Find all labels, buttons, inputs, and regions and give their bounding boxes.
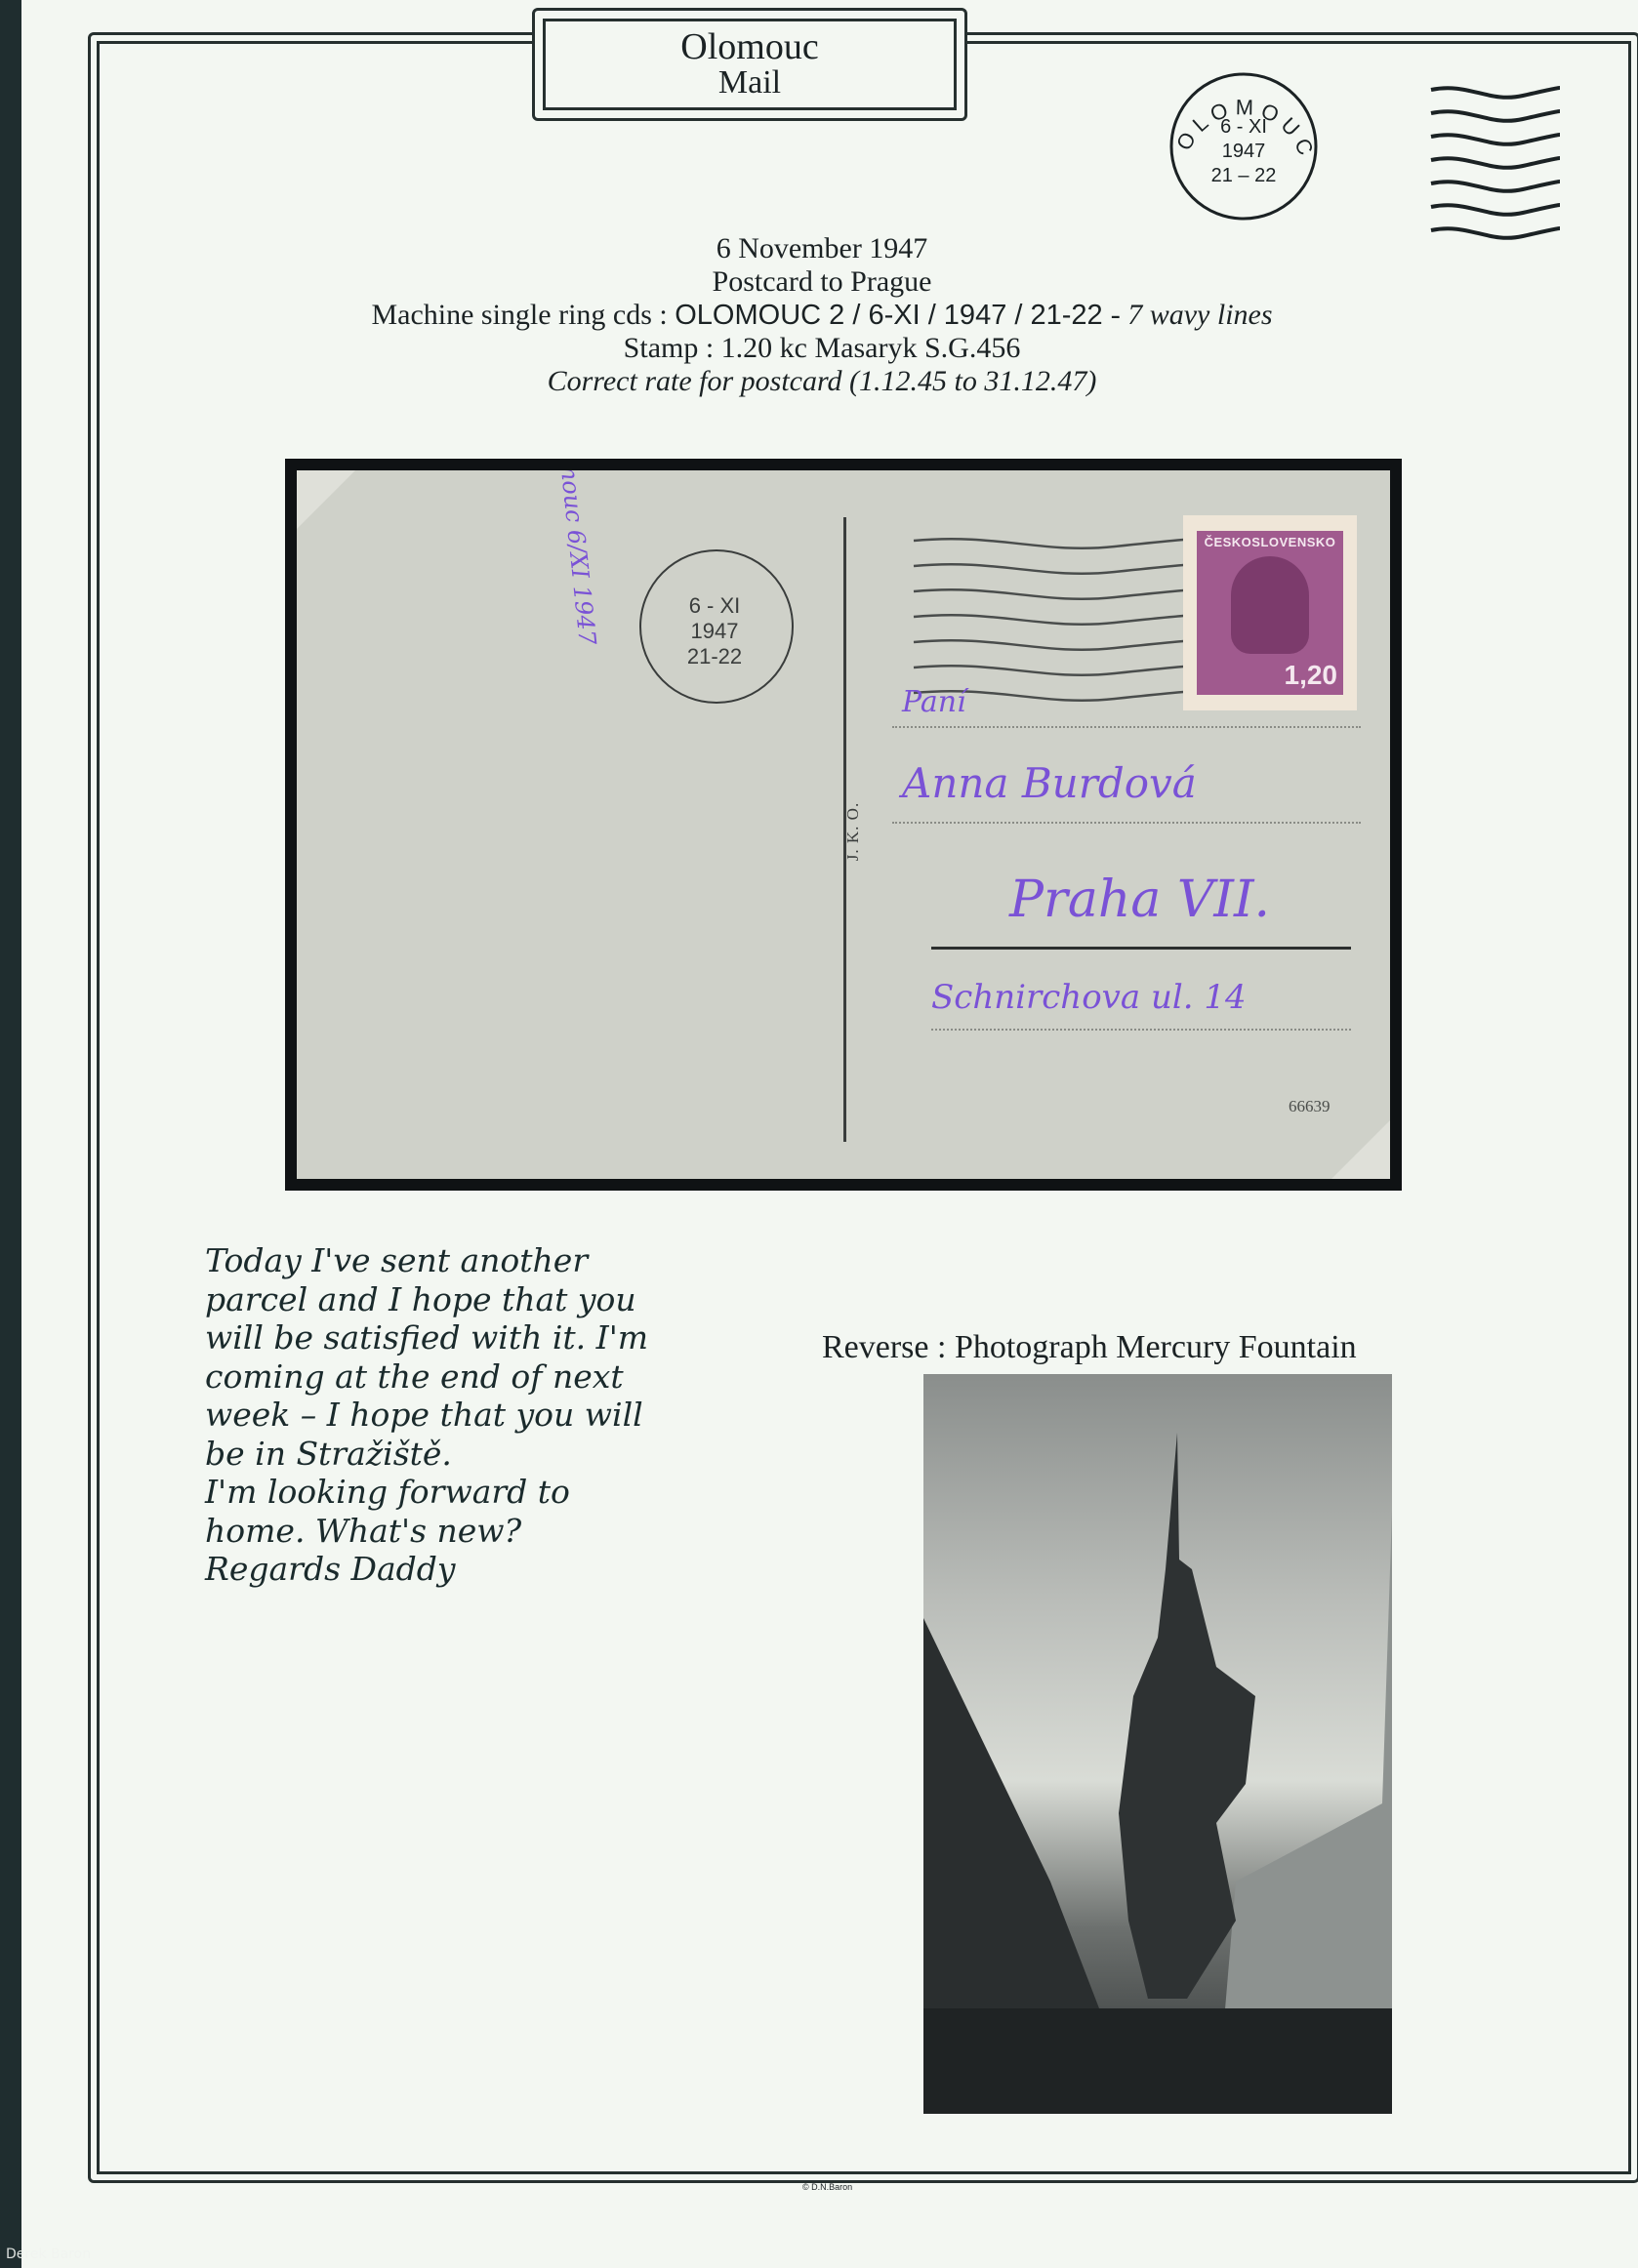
rate-note: Correct rate for postcard (1.12.45 to 31… — [168, 365, 1476, 398]
svg-text:1947: 1947 — [691, 619, 739, 643]
card-number: 66639 — [1289, 1097, 1331, 1116]
title-box: Olomouc Mail — [532, 8, 967, 121]
postmark-icon: 6 - XI 1947 21-22 — [629, 539, 804, 714]
album-page: Olomouc Mail O L O M O U C 2 6 - XI 1947… — [21, 0, 1638, 2268]
svg-text:6 - XI: 6 - XI — [689, 593, 741, 618]
svg-text:21-22: 21-22 — [687, 644, 742, 668]
postcard-image: J. K. O. 6 - XI 1947 21-22 ČESKOSLOVENSK… — [285, 459, 1402, 1191]
svg-text:21 – 22: 21 – 22 — [1211, 165, 1277, 186]
svg-text:6 - XI: 6 - XI — [1220, 116, 1267, 138]
cover-date: 6 November 1947 — [168, 232, 1476, 265]
watermark: Derek Baron — [6, 2247, 91, 2262]
address-line: Schnirchova ul. 14 — [931, 978, 1247, 1017]
address-rule — [931, 1029, 1351, 1031]
copyright-notice: © D.N.Baron — [802, 2182, 852, 2192]
wavy-lines-icon — [1427, 78, 1564, 244]
address-line: Praha VII. — [1009, 871, 1270, 929]
photo-corner — [297, 470, 355, 529]
reverse-caption: Reverse : Photograph Mercury Fountain — [822, 1329, 1357, 1366]
address-line: Paní — [902, 685, 966, 719]
message-translation: Today I've sent another parcel and I hop… — [205, 1241, 648, 1589]
mercury-fountain-photo — [923, 1374, 1392, 2114]
description-block: 6 November 1947 Postcard to Prague Machi… — [168, 232, 1476, 398]
postage-stamp: ČESKOSLOVENSKO 1,20 — [1183, 515, 1357, 710]
photo-corner — [1331, 1120, 1390, 1179]
page-title: Olomouc — [680, 28, 818, 65]
page-subtitle: Mail — [718, 65, 781, 101]
cover-type: Postcard to Prague — [168, 265, 1476, 299]
address-rule — [892, 822, 1361, 824]
address-rule — [892, 726, 1361, 728]
cancel-info: Machine single ring cds : OLOMOUC 2 / 6-… — [168, 299, 1476, 332]
postmark-illustration-icon: O L O M O U C 2 6 - XI 1947 21 – 22 — [1162, 64, 1326, 228]
masaryk-portrait-icon — [1231, 556, 1309, 654]
publisher-mark: J. K. O. — [843, 802, 863, 861]
address-line: Anna Burdová — [902, 759, 1197, 807]
address-rule-solid — [931, 947, 1351, 950]
svg-text:1947: 1947 — [1222, 141, 1266, 162]
stamp-info: Stamp : 1.20 kc Masaryk S.G.456 — [168, 332, 1476, 365]
